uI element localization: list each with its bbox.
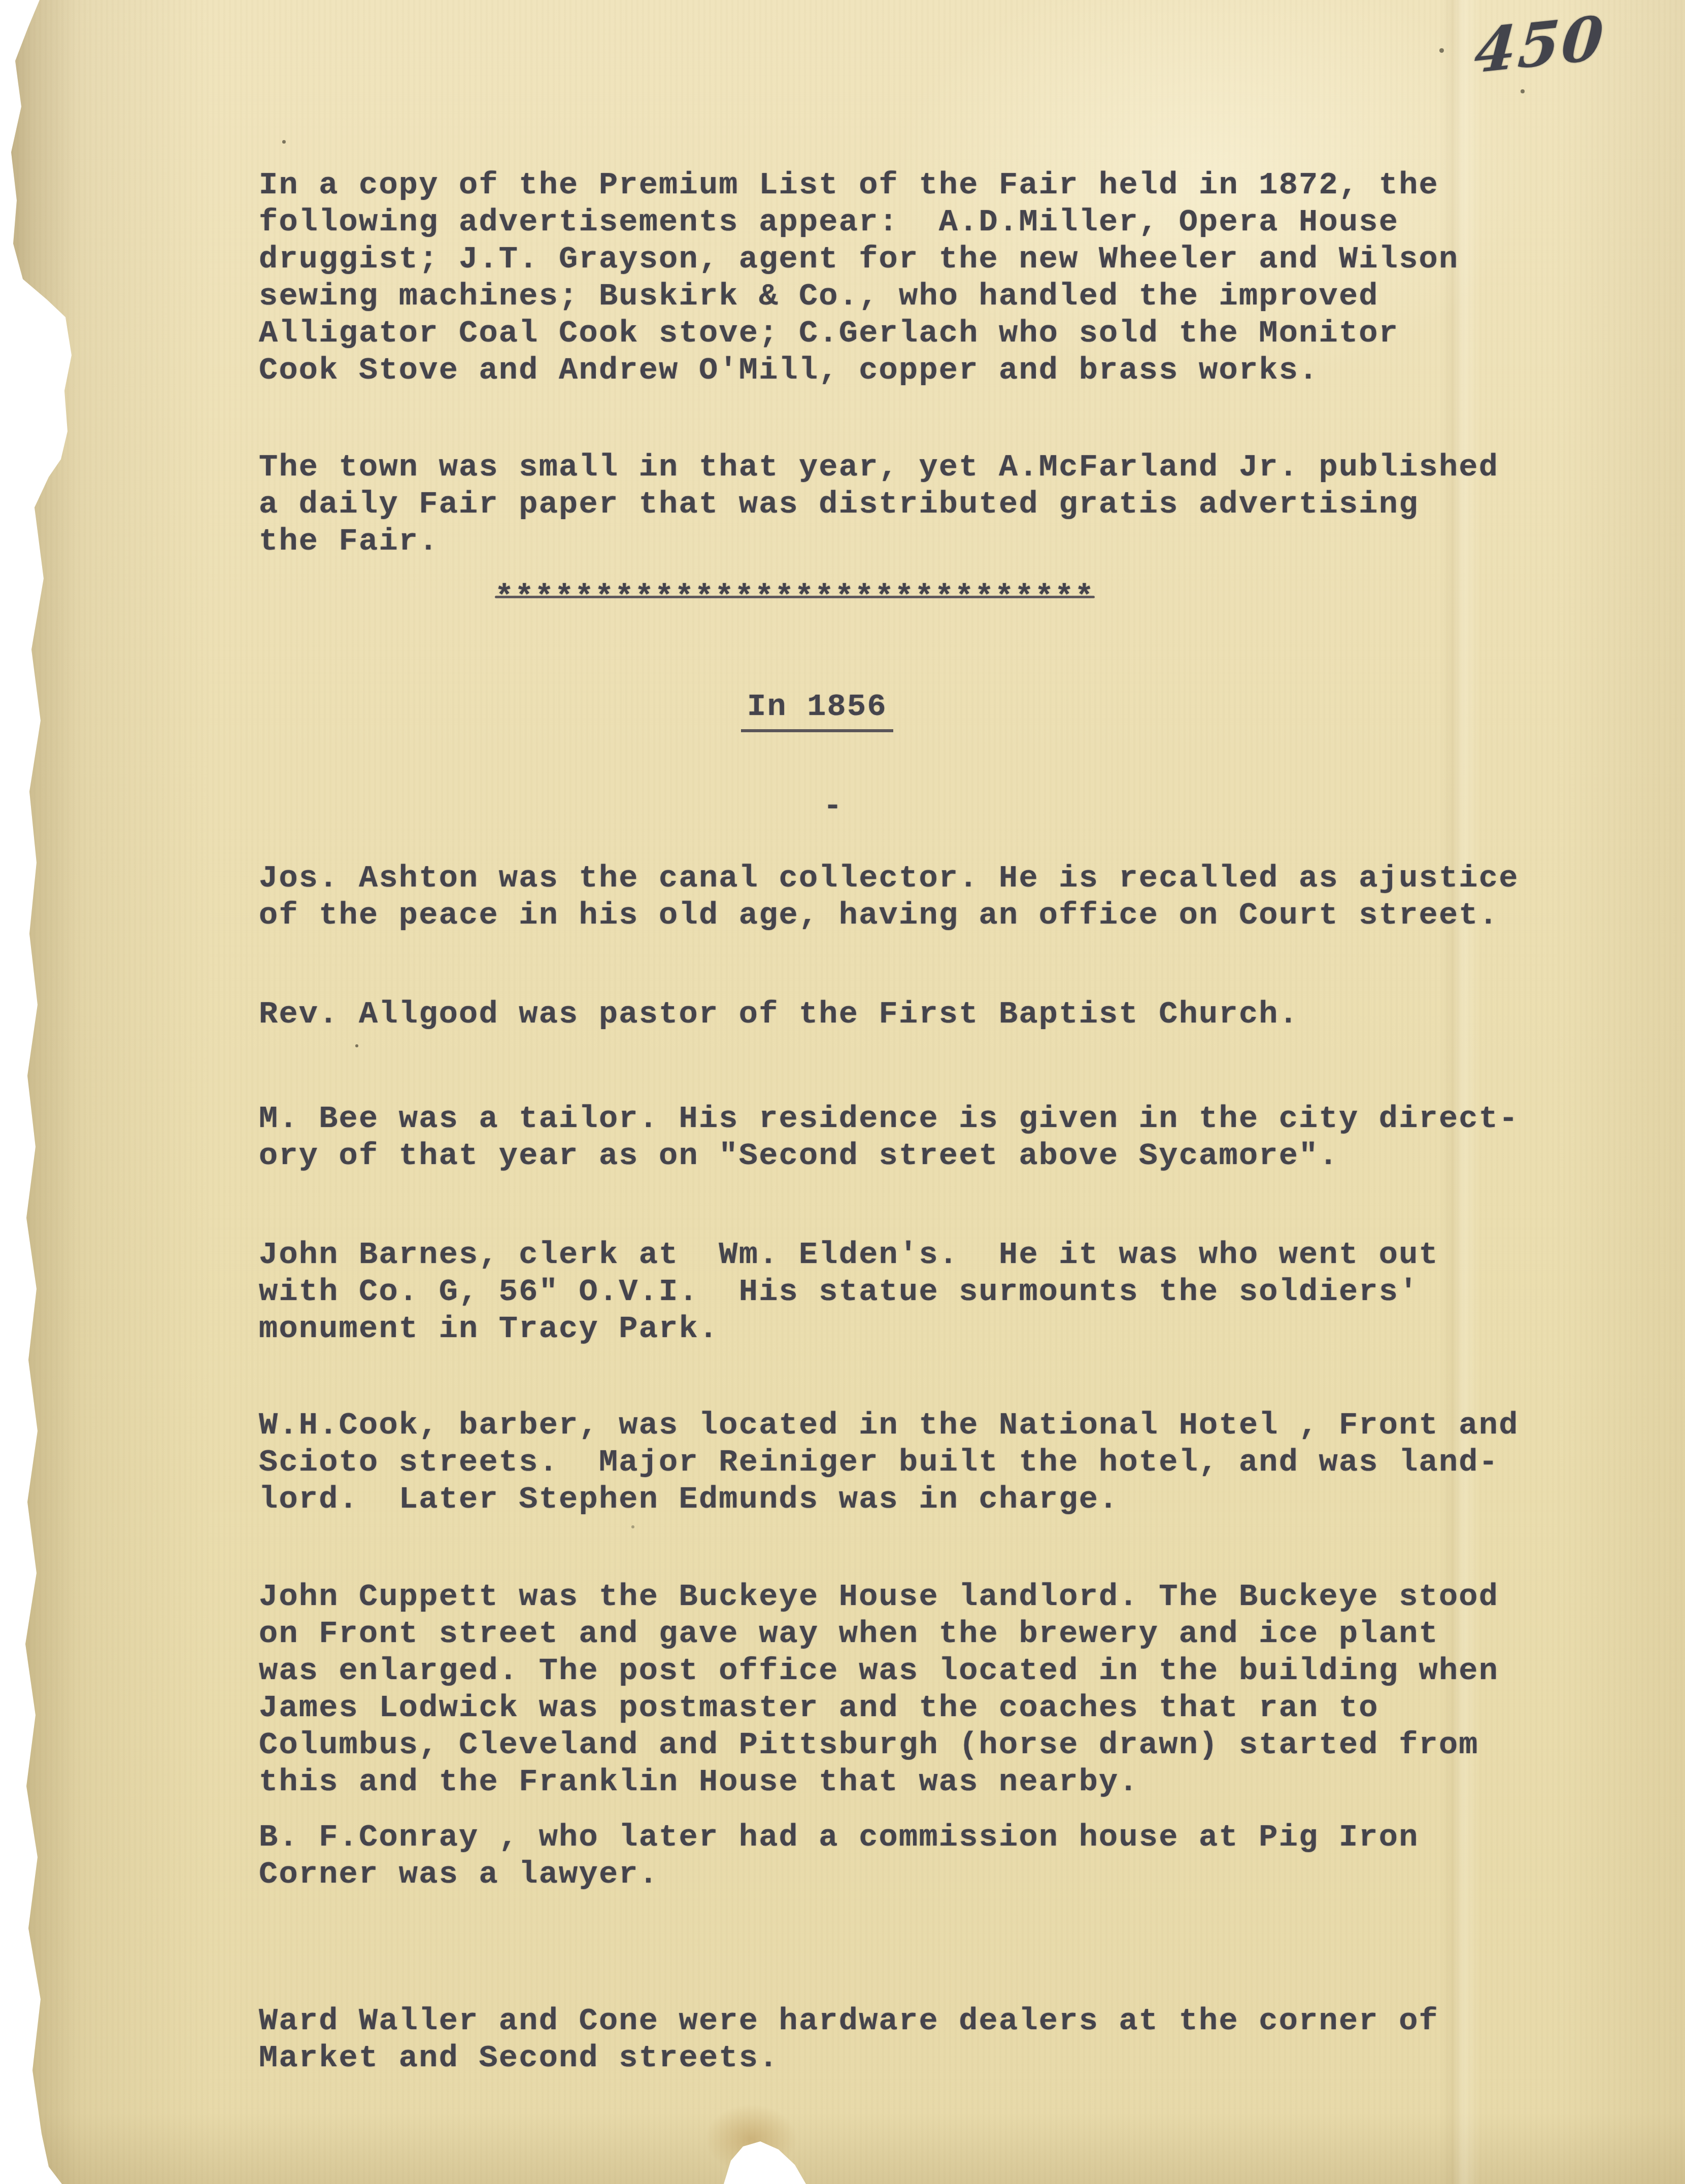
section-heading-text: In 1856 bbox=[741, 688, 893, 732]
ink-speck bbox=[1439, 48, 1444, 53]
ink-speck bbox=[282, 140, 286, 144]
typed-paragraph-jos-ashton: Jos. Ashton was the canal collector. He … bbox=[259, 860, 1519, 934]
ink-speck bbox=[1521, 89, 1525, 93]
section-dash: - bbox=[823, 788, 843, 825]
torn-edge-shading bbox=[0, 0, 76, 2184]
typed-paragraph-wh-cook: W.H.Cook, barber, was located in the Nat… bbox=[259, 1407, 1519, 1518]
paper-sheet: 450 In a copy of the Premium List of the… bbox=[0, 0, 1685, 2184]
typed-paragraph-fair-paper: The town was small in that year, yet A.M… bbox=[259, 449, 1499, 560]
typed-paragraph-john-barnes: John Barnes, clerk at Wm. Elden's. He it… bbox=[259, 1236, 1439, 1347]
ink-speck bbox=[355, 1044, 358, 1047]
typed-paragraph-ward-waller: Ward Waller and Cone were hardware deale… bbox=[259, 2002, 1439, 2076]
typed-paragraph-rev-allgood: Rev. Allgood was pastor of the First Bap… bbox=[259, 996, 1299, 1033]
handwritten-page-number: 450 bbox=[1472, 2, 1608, 87]
typed-paragraph-m-bee: M. Bee was a tailor. His residence is gi… bbox=[259, 1100, 1519, 1174]
asterisk-separator-line: ****************************** bbox=[495, 578, 1095, 616]
asterisk-separator: ****************************** bbox=[495, 578, 1685, 616]
typed-paragraph-john-cuppett: John Cuppett was the Buckeye House landl… bbox=[259, 1578, 1499, 1800]
typed-paragraph-bf-conray: B. F.Conray , who later had a commission… bbox=[259, 1819, 1419, 1893]
ink-speck bbox=[631, 1525, 634, 1528]
scanned-page: 450 In a copy of the Premium List of the… bbox=[0, 0, 1685, 2184]
section-heading-in-1856: In 1856 bbox=[747, 688, 893, 732]
typed-paragraph-premium-list: In a copy of the Premium List of the Fai… bbox=[259, 166, 1459, 389]
